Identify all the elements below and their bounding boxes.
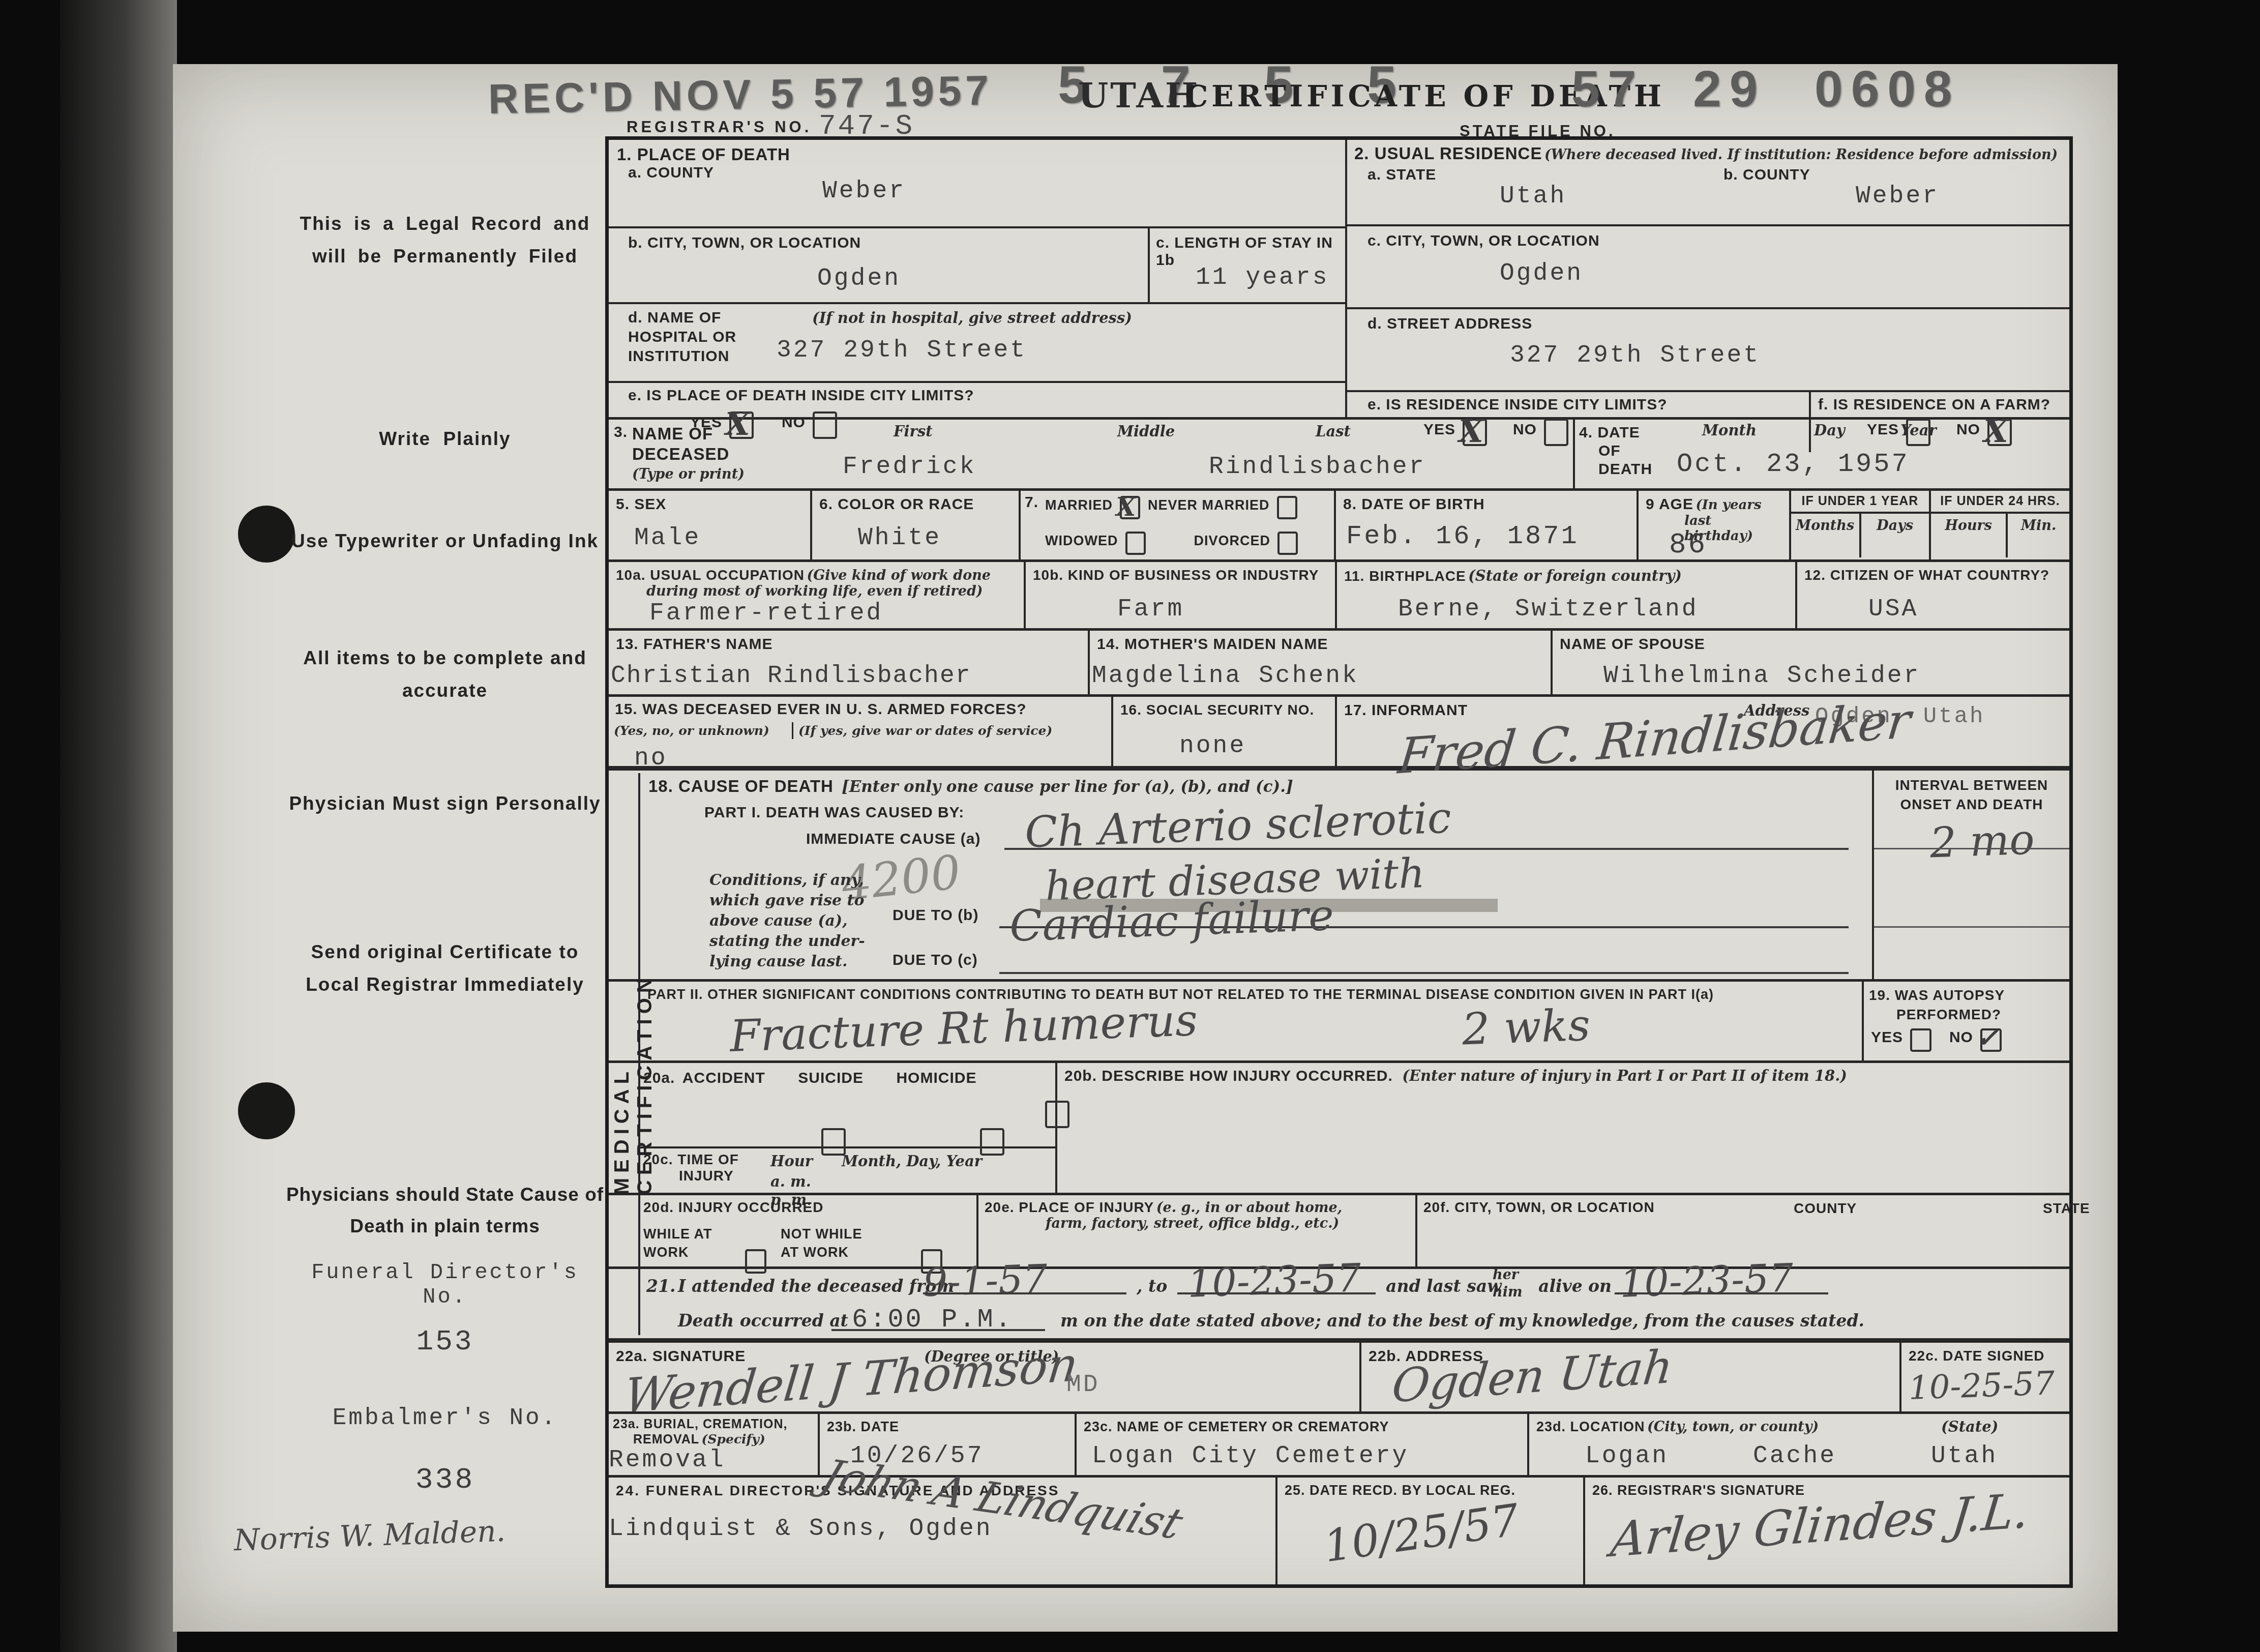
hospital-label: d. NAME OF — [628, 309, 721, 326]
married-label: MARRIED — [1045, 497, 1113, 513]
her-option: her — [1493, 1267, 1519, 1283]
section-name-of-deceased: 3. NAME OF DECEASED (Type or print) Firs… — [609, 420, 1575, 488]
section-part2: PART II. OTHER SIGNIFICANT CONDITIONS CO… — [638, 982, 1862, 1060]
birthplace-label: 11. BIRTHPLACE — [1344, 568, 1466, 584]
attended-text-1: I attended the deceased from — [678, 1276, 954, 1296]
city-town-label: b. CITY, TOWN, OR LOCATION — [628, 234, 1140, 252]
section-marital-status: 7. MARRIED X NEVER MARRIED WIDOWED DIVOR… — [1021, 491, 1336, 559]
date-of-death-value[interactable]: Oct. 23, 1957 — [1677, 449, 1910, 479]
medical-certification-label: MEDICAL CERTIFICATION — [611, 913, 657, 1195]
margin-note-typewriter: Use Typewriter or Unfading Ink — [270, 525, 620, 557]
street-address-value[interactable]: 327 29th Street — [1510, 342, 1760, 369]
section-cause-of-death: 18. CAUSE OF DEATH [Enter only one cause… — [609, 771, 2069, 982]
part2-label: PART II. OTHER SIGNIFICANT CONDITIONS CO… — [638, 982, 1862, 1002]
scan-edge-shadow — [60, 0, 177, 1652]
name-of-spouse-value[interactable]: Wilhelmina Scheider — [1603, 662, 1920, 690]
margin-note-legal-record: This is a Legal Record and will be Perma… — [285, 208, 605, 273]
section-date-signed: 22c. DATE SIGNED 10-25-57 — [1901, 1343, 2069, 1411]
section-fathers-name: 13. FATHER'S NAME Christian Rindlisbache… — [609, 631, 1090, 694]
mothers-maiden-name-value[interactable]: Magdelina Schenk — [1092, 662, 1359, 690]
armed-forces-label: 15. WAS DECEASED EVER IN U. S. ARMED FOR… — [609, 697, 1111, 722]
informant-label: 17. INFORMANT — [1344, 702, 1468, 719]
date-of-birth-value[interactable]: Feb. 16, 1871 — [1346, 521, 1579, 551]
section-age: 9 AGE (In years last birthday) 86 — [1639, 491, 1791, 559]
under-1-year-label: IF UNDER 1 YEAR — [1791, 491, 1929, 514]
margin-note-write-plainly: Write Plainly — [285, 428, 605, 450]
months-label: Months — [1791, 514, 1861, 557]
embalmer-no-label: Embalmer's No. — [285, 1405, 605, 1431]
suicide-label: SUICIDE — [798, 1070, 864, 1086]
place-of-death-header: 1. PLACE OF DEATH — [617, 145, 1337, 164]
funeral-director-value[interactable]: Lindquist & Sons, Ogden — [609, 1515, 993, 1543]
section-under-1-year: IF UNDER 1 YEAR Months Days — [1791, 491, 1931, 559]
received-date-stamp: REC'D NOV 5 57 1957 — [488, 67, 993, 123]
section-cemetery-location: 23d. LOCATION (City, town, or county) (S… — [1529, 1414, 2069, 1475]
hours-label: Hours — [1931, 514, 2008, 557]
state-file-no-value: 57 29 0608 — [1571, 60, 1960, 119]
place-of-death-address-value[interactable]: 327 29th Street — [777, 337, 1027, 364]
business-industry-value[interactable]: Farm — [1117, 596, 1184, 623]
widowed-label: WIDOWED — [1045, 533, 1118, 548]
section-usual-residence: 2. USUAL RESIDENCE (Where deceased lived… — [1347, 140, 2069, 417]
residence-city-label: c. CITY, TOWN, OR LOCATION — [1367, 232, 2062, 250]
birthplace-value[interactable]: Berne, Switzerland — [1398, 596, 1698, 623]
section-mothers-maiden-name: 14. MOTHER'S MAIDEN NAME Magdelina Schen… — [1090, 631, 1553, 694]
city-town-value[interactable]: Ogden — [817, 265, 901, 292]
interval-value[interactable]: 2 mo — [1929, 815, 2035, 867]
funeral-director-no-value: 153 — [285, 1325, 605, 1358]
hospital-hint: (If not in hospital, give street address… — [812, 309, 1132, 327]
business-industry-label: 10b. KIND OF BUSINESS OR INDUSTRY — [1033, 567, 1328, 583]
first-name-value[interactable]: Fredrick — [843, 453, 976, 481]
section-color-race: 6. COLOR OR RACE White — [812, 491, 1021, 559]
cemetery-state-value[interactable]: Utah — [1931, 1442, 1998, 1470]
section-name-of-spouse: NAME OF SPOUSE Wilhelmina Scheider — [1553, 631, 2069, 694]
cemetery-county-value[interactable]: Cache — [1753, 1442, 1836, 1470]
injury-occurred-label: 20d. INJURY OCCURRED — [643, 1199, 971, 1216]
section-sex: 5. SEX Male — [609, 491, 812, 559]
residence-farm-label: f. IS RESIDENCE ON A FARM? — [1818, 396, 2062, 414]
last-name-value[interactable]: Rindlisbacher — [1209, 453, 1425, 481]
part1-label: PART I. DEATH WAS CAUSED BY: — [704, 804, 964, 821]
sex-label: 5. SEX — [616, 496, 803, 513]
last-name-col-label: Last — [1316, 423, 1351, 440]
state-value[interactable]: Utah — [1500, 183, 1566, 210]
fathers-name-label: 13. FATHER'S NAME — [616, 636, 1081, 653]
date-received-label: 25. DATE RECD. BY LOCAL REG. — [1285, 1483, 1576, 1498]
accident-label: ACCIDENT — [682, 1070, 765, 1086]
days-label: Days — [1861, 514, 1929, 557]
date-signed-value[interactable]: 10-25-57 — [1908, 1365, 2056, 1407]
first-name-col-label: First — [894, 423, 933, 440]
section-20b: 20b. DESCRIBE HOW INJURY OCCURRED. (Ente… — [1057, 1063, 2069, 1193]
married-checkbox[interactable]: X — [1120, 496, 1140, 519]
county-value[interactable]: Weber — [822, 178, 906, 205]
citizen-label: 12. CITIZEN OF WHAT COUNTRY? — [1804, 567, 2062, 583]
under-24-hrs-label: IF UNDER 24 HRS. — [1931, 491, 2069, 514]
section-20a-20c: 20a. ACCIDENT SUICIDE HOMICIDE 20c. TIME… — [638, 1063, 1057, 1193]
margin-note-complete: All items to be complete and accurate — [285, 642, 605, 707]
state-label: a. STATE — [1367, 166, 1436, 184]
describe-injury-label: 20b. DESCRIBE HOW INJURY OCCURRED. — [1064, 1068, 1393, 1084]
type-or-print-hint: (Type or print) — [632, 466, 745, 482]
cause-c-line — [999, 972, 1849, 974]
middle-name-col-label: Middle — [1117, 423, 1175, 440]
registrar-no-label: REGISTRAR'S NO. — [627, 118, 812, 136]
section-citizen: 12. CITIZEN OF WHAT COUNTRY? USA — [1797, 562, 2069, 628]
usual-residence-header: 2. USUAL RESIDENCE — [1354, 144, 1542, 163]
injury-state-label: STATE — [2043, 1200, 2090, 1217]
section-signature: 22a. SIGNATURE (Degree or title) Wendell… — [609, 1343, 1361, 1411]
day-col-label: Day — [1814, 422, 1845, 439]
cemetery-city-value[interactable]: Logan — [1585, 1442, 1669, 1470]
section-date-of-death: 4. DATE OF DEATH Month Day Year Oct. 23,… — [1575, 420, 2069, 488]
section-date-of-birth: 8. DATE OF BIRTH Feb. 16, 1871 — [1336, 491, 1639, 559]
section-autopsy: 19. WAS AUTOPSY PERFORMED? YES NO ✓ — [1862, 982, 2069, 1060]
occupation-value[interactable]: Farmer-retired — [649, 600, 883, 627]
color-race-label: 6. COLOR OR RACE — [819, 496, 1012, 513]
section-ssn: 16. SOCIAL SECURITY NO. none — [1113, 697, 1337, 766]
section-informant: 17. INFORMANT Address Ogden, Utah Fred C… — [1337, 697, 2069, 766]
section-birthplace: 11. BIRTHPLACE (State or foreign country… — [1337, 562, 1797, 628]
section-physician-address: 22b. ADDRESS Ogden Utah — [1361, 1343, 1901, 1411]
section-business-industry: 10b. KIND OF BUSINESS OR INDUSTRY Farm — [1026, 562, 1337, 628]
usual-residence-hint: (Where deceased lived. If institution: R… — [1544, 147, 2058, 163]
date-received-value[interactable]: 10/25/57 — [1321, 1495, 1522, 1573]
margin-note-physician-sign: Physician Must sign Personally — [285, 787, 605, 820]
cause-b-value-line2[interactable]: Cardiac failure — [1008, 890, 1334, 951]
place-of-injury-label: 20e. PLACE OF INJURY — [985, 1199, 1154, 1215]
age-label: 9 AGE — [1646, 496, 1693, 513]
county-label: a. COUNTY — [628, 164, 1337, 182]
section-attended: 21. I attended the deceased from 9-1-57 … — [609, 1269, 2069, 1343]
embalmer-no-value: 338 — [285, 1464, 605, 1497]
him-option: him — [1493, 1284, 1522, 1300]
homicide-label: HOMICIDE — [896, 1070, 976, 1086]
date-of-birth-label: 8. DATE OF BIRTH — [1343, 496, 1629, 513]
due-to-c-label: DUE TO (c) — [893, 952, 978, 969]
section-funeral-director: 24. FUNERAL DIRECTOR'S SIGNATURE AND ADD… — [609, 1478, 1277, 1584]
section-burial: 23a. BURIAL, CREMATION, REMOVAL (Specify… — [609, 1414, 820, 1475]
due-to-b-label: DUE TO (b) — [893, 907, 978, 924]
autopsy-yes-checkbox[interactable] — [1910, 1028, 1931, 1052]
armed-forces-value[interactable]: no — [634, 745, 668, 772]
autopsy-no-checkbox[interactable]: ✓ — [1980, 1028, 2002, 1052]
conditions-note: Conditions, if any, — [709, 871, 864, 889]
section-cemetery: 23c. NAME OF CEMETERY OR CREMATORY Logan… — [1077, 1414, 1529, 1475]
residence-city-limits-label: e. IS RESIDENCE INSIDE CITY LIMITS? — [1367, 396, 1802, 414]
age-value[interactable]: 86 — [1669, 528, 1707, 561]
section-under-24-hrs: IF UNDER 24 HRS. Hours Min. — [1931, 491, 2069, 559]
section-armed-forces: 15. WAS DECEASED EVER IN U. S. ARMED FOR… — [609, 697, 1113, 766]
attended-to-value[interactable]: 10-23-57 — [1187, 1255, 1362, 1306]
min-label: Min. — [2008, 514, 2069, 557]
sex-value[interactable]: Male — [634, 524, 701, 552]
year-col-label: Year — [1900, 422, 1937, 439]
date-of-death-label: DATE — [1597, 424, 1640, 441]
interval-label: INTERVAL BETWEEN — [1895, 777, 2048, 793]
interval-column: INTERVAL BETWEEN ONSET AND DEATH 2 mo — [1872, 771, 2069, 979]
mdy-label: Month, Day, Year — [842, 1153, 982, 1170]
cause-of-death-label: 18. CAUSE OF DEATH — [648, 777, 834, 796]
section-date-received: 25. DATE RECD. BY LOCAL REG. 10/25/57 — [1277, 1478, 1585, 1584]
street-address-label: d. STREET ADDRESS — [1367, 315, 2062, 333]
certificate-form: MEDICAL CERTIFICATION 1. PLACE OF DEATH … — [605, 136, 2073, 1588]
divorced-label: DIVORCED — [1194, 533, 1270, 548]
name-of-deceased-label: NAME OF — [632, 424, 713, 443]
medical-certification-sidebar: MEDICAL CERTIFICATION — [609, 773, 640, 1335]
ssn-value[interactable]: none — [1179, 732, 1246, 760]
section-20f: 20f. CITY, TOWN, OR LOCATION COUNTY STAT… — [1417, 1195, 2069, 1266]
part2-value-duration[interactable]: 2 wks — [1461, 1000, 1591, 1055]
section-occupation: 10a. USUAL OCCUPATION (Give kind of work… — [609, 562, 1026, 628]
date-signed-label: 22c. DATE SIGNED — [1909, 1348, 2045, 1364]
punch-hole-bottom — [238, 1082, 295, 1139]
physician-degree: MD — [1066, 1371, 1100, 1399]
residence-city-value[interactable]: Ogden — [1500, 260, 1583, 287]
last-seen-value[interactable]: 10-23-57 — [1619, 1255, 1794, 1306]
divorced-checkbox[interactable] — [1277, 532, 1298, 555]
widowed-checkbox[interactable] — [1125, 532, 1146, 555]
ssn-label: 16. SOCIAL SECURITY NO. — [1120, 702, 1328, 718]
title-state: UTAH — [1078, 75, 1200, 116]
margin-note-send-original: Send original Certificate to Local Regis… — [285, 936, 605, 1001]
autopsy-label: 19. WAS AUTOPSY — [1869, 987, 2005, 1003]
burial-label: 23a. BURIAL, CREMATION, — [613, 1417, 814, 1432]
color-race-value[interactable]: White — [858, 524, 941, 552]
injury-city-label: 20f. CITY, TOWN, OR LOCATION — [1423, 1199, 1655, 1215]
part2-value[interactable]: Fracture Rt humerus — [729, 995, 1199, 1062]
section-place-of-death: 1. PLACE OF DEATH a. COUNTY Weber b. CIT… — [609, 140, 1347, 417]
residence-county-label: b. COUNTY — [1723, 166, 1810, 184]
burial-value[interactable]: Removal — [609, 1447, 726, 1474]
cemetery-location-label: 23d. LOCATION — [1536, 1419, 1645, 1434]
inside-city-limits-label: e. IS PLACE OF DEATH INSIDE CITY LIMITS? — [628, 387, 1337, 404]
autopsy-no-mark: ✓ — [1976, 1022, 1999, 1053]
attended-from-value[interactable]: 9-1-57 — [923, 1256, 1049, 1305]
month-col-label: Month — [1702, 422, 1757, 439]
section-registrar-signature: 26. REGISTRAR'S SIGNATURE Arley Glindes … — [1585, 1478, 2069, 1584]
funeral-director-no-label: Funeral Director's No. — [285, 1260, 605, 1309]
name-of-spouse-label: NAME OF SPOUSE — [1560, 636, 2062, 653]
fathers-name-value[interactable]: Christian Rindlisbacher — [611, 662, 971, 690]
burial-date-label: 23b. DATE — [827, 1419, 1067, 1435]
mothers-maiden-name-label: 14. MOTHER'S MAIDEN NAME — [1097, 636, 1543, 653]
cemetery-label: 23c. NAME OF CEMETERY OR CREMATORY — [1084, 1419, 1520, 1435]
injury-county-label: COUNTY — [1794, 1200, 1857, 1217]
residence-county-value[interactable]: Weber — [1856, 183, 1939, 210]
never-married-label: NEVER MARRIED — [1148, 497, 1270, 513]
occupation-label: 10a. USUAL OCCUPATION — [616, 567, 805, 583]
citizen-value[interactable]: USA — [1868, 596, 1918, 623]
never-married-checkbox[interactable] — [1277, 496, 1297, 519]
cemetery-value[interactable]: Logan City Cemetery — [1092, 1442, 1409, 1470]
length-of-stay-value[interactable]: 11 years — [1196, 264, 1329, 291]
section-20d: 20d. INJURY OCCURRED WHILE ATWORK NOT WH… — [638, 1195, 978, 1266]
time-of-injury-label: 20c. TIME OF — [643, 1152, 739, 1167]
margin-note-plain-terms: Physicians should State Cause of Death i… — [259, 1179, 631, 1242]
married-mark: X — [1116, 492, 1136, 522]
